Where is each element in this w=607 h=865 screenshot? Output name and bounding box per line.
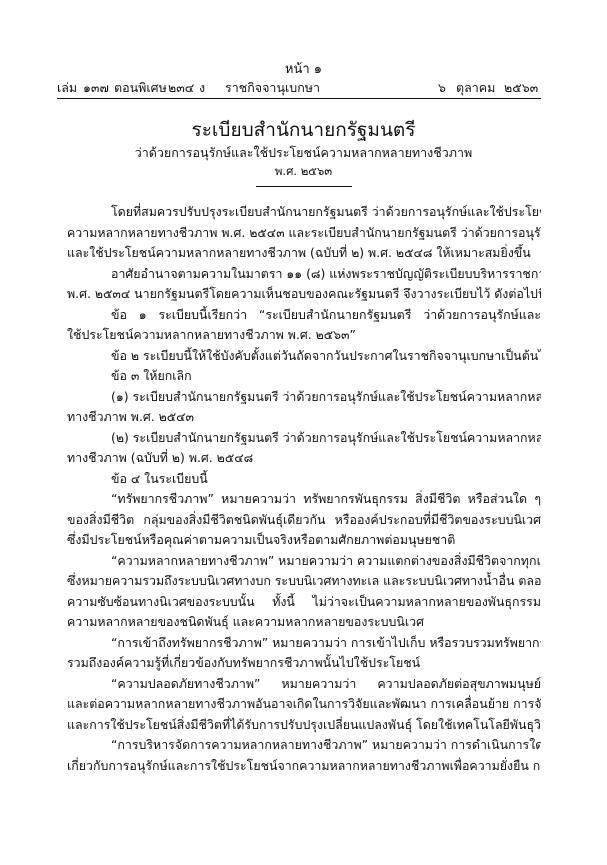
body-line: ข้อ ๓ ให้ยกเลิก <box>67 366 541 387</box>
body-line: (๑) ระเบียบสำนักนายกรัฐมนตรี ว่าด้วยการอ… <box>67 387 541 408</box>
body-line: ความหลากหลายของชนิดพันธุ์ และความหลากหลา… <box>67 612 541 633</box>
body-line: เกี่ยวกับการอนุรักษ์และการใช้ประโยชน์จาก… <box>67 756 541 777</box>
body-line: รวมถึงองค์ความรู้ที่เกี่ยวข้องกับทรัพยาก… <box>67 653 541 674</box>
body-line: ของสิ่งมีชีวิต กลุ่มของสิ่งมีชีวิตชนิดพั… <box>67 510 541 531</box>
body-line: ข้อ ๑ ระเบียบนี้เรียกว่า “ระเบียบสำนักนา… <box>67 305 541 326</box>
body-line: ซึ่งมีประโยชน์หรือคุณค่าตามความเป็นจริงห… <box>67 530 541 551</box>
document-year: พ.ศ. ๒๕๖๓ <box>0 163 607 181</box>
gazette-name: ราชกิจจานุเบกษา <box>225 78 320 98</box>
date-month: ตุลาคม <box>456 78 495 98</box>
body-line: “ความปลอดภัยทางชีวภาพ” หมายความว่า ความป… <box>67 674 541 695</box>
body-line: ทางชีวภาพ (ฉบับที่ ๒) พ.ศ. ๒๕๔๘ <box>67 448 541 469</box>
section-number: ๒๓๔ <box>168 78 194 98</box>
title-divider <box>256 186 352 187</box>
volume-number: ๑๓๗ <box>83 78 109 98</box>
body-line: พ.ศ. ๒๕๓๔ นายกรัฐมนตรีโดยความเห็นชอบของค… <box>67 284 541 305</box>
body-line: ใช้ประโยชน์ความหลากหลายทางชีวภาพ พ.ศ. ๒๕… <box>67 325 541 346</box>
body-line: “ความหลากหลายทางชีวภาพ” หมายความว่า ความ… <box>67 551 541 572</box>
body-line: และใช้ประโยชน์ความหลากหลายทางชีวภาพ (ฉบั… <box>67 243 541 264</box>
body-line: “การบริหารจัดการความหลากหลายทางชีวภาพ” ห… <box>67 735 541 756</box>
body-line: และต่อความหลากหลายทางชีวภาพอันอาจเกิดในก… <box>67 694 541 715</box>
document-body: โดยที่สมควรปรับปรุงระเบียบสำนักนายกรัฐมน… <box>67 202 541 776</box>
date-year: ๒๕๖๓ <box>504 78 538 98</box>
header-divider <box>57 98 541 99</box>
body-line: (๒) ระเบียบสำนักนายกรัฐมนตรี ว่าด้วยการอ… <box>67 428 541 449</box>
volume-label: เล่ม <box>57 78 77 98</box>
document-subtitle: ว่าด้วยการอนุรักษ์และใช้ประโยชน์ความหลาก… <box>0 143 607 163</box>
body-line: “ทรัพยากรชีวภาพ” หมายความว่า ทรัพยากรพัน… <box>67 489 541 510</box>
section-letter: ง <box>199 78 205 98</box>
body-line: โดยที่สมควรปรับปรุงระเบียบสำนักนายกรัฐมน… <box>67 202 541 223</box>
body-line: ทางชีวภาพ พ.ศ. ๒๕๔๓ <box>67 407 541 428</box>
body-line: อาศัยอำนาจตามความในมาตรา ๑๑ (๘) แห่งพระร… <box>67 264 541 285</box>
page-number: หน้า ๑ <box>0 58 607 79</box>
date-day: ๖ <box>438 78 446 98</box>
body-line: ข้อ ๔ ในระเบียบนี้ <box>67 469 541 490</box>
body-line: ซึ่งหมายความรวมถึงระบบนิเวศทางบก ระบบนิเ… <box>67 571 541 592</box>
body-line: ข้อ ๒ ระเบียบนี้ให้ใช้บังคับตั้งแต่วันถั… <box>67 346 541 367</box>
body-line: และการใช้ประโยชน์สิ่งมีชีวิตที่ได้รับการ… <box>67 715 541 736</box>
section-label: ตอนพิเศษ <box>114 78 167 98</box>
document-title: ระเบียบสำนักนายกรัฐมนตรี <box>0 115 607 145</box>
body-line: ความซับซ้อนทางนิเวศของระบบนั้น ทั้งนี้ ไ… <box>67 592 541 613</box>
body-line: ความหลากหลายทางชีวภาพ พ.ศ. ๒๕๔๓ และระเบี… <box>67 223 541 244</box>
body-line: “การเข้าถึงทรัพยากรชีวภาพ” หมายความว่า ก… <box>67 633 541 654</box>
